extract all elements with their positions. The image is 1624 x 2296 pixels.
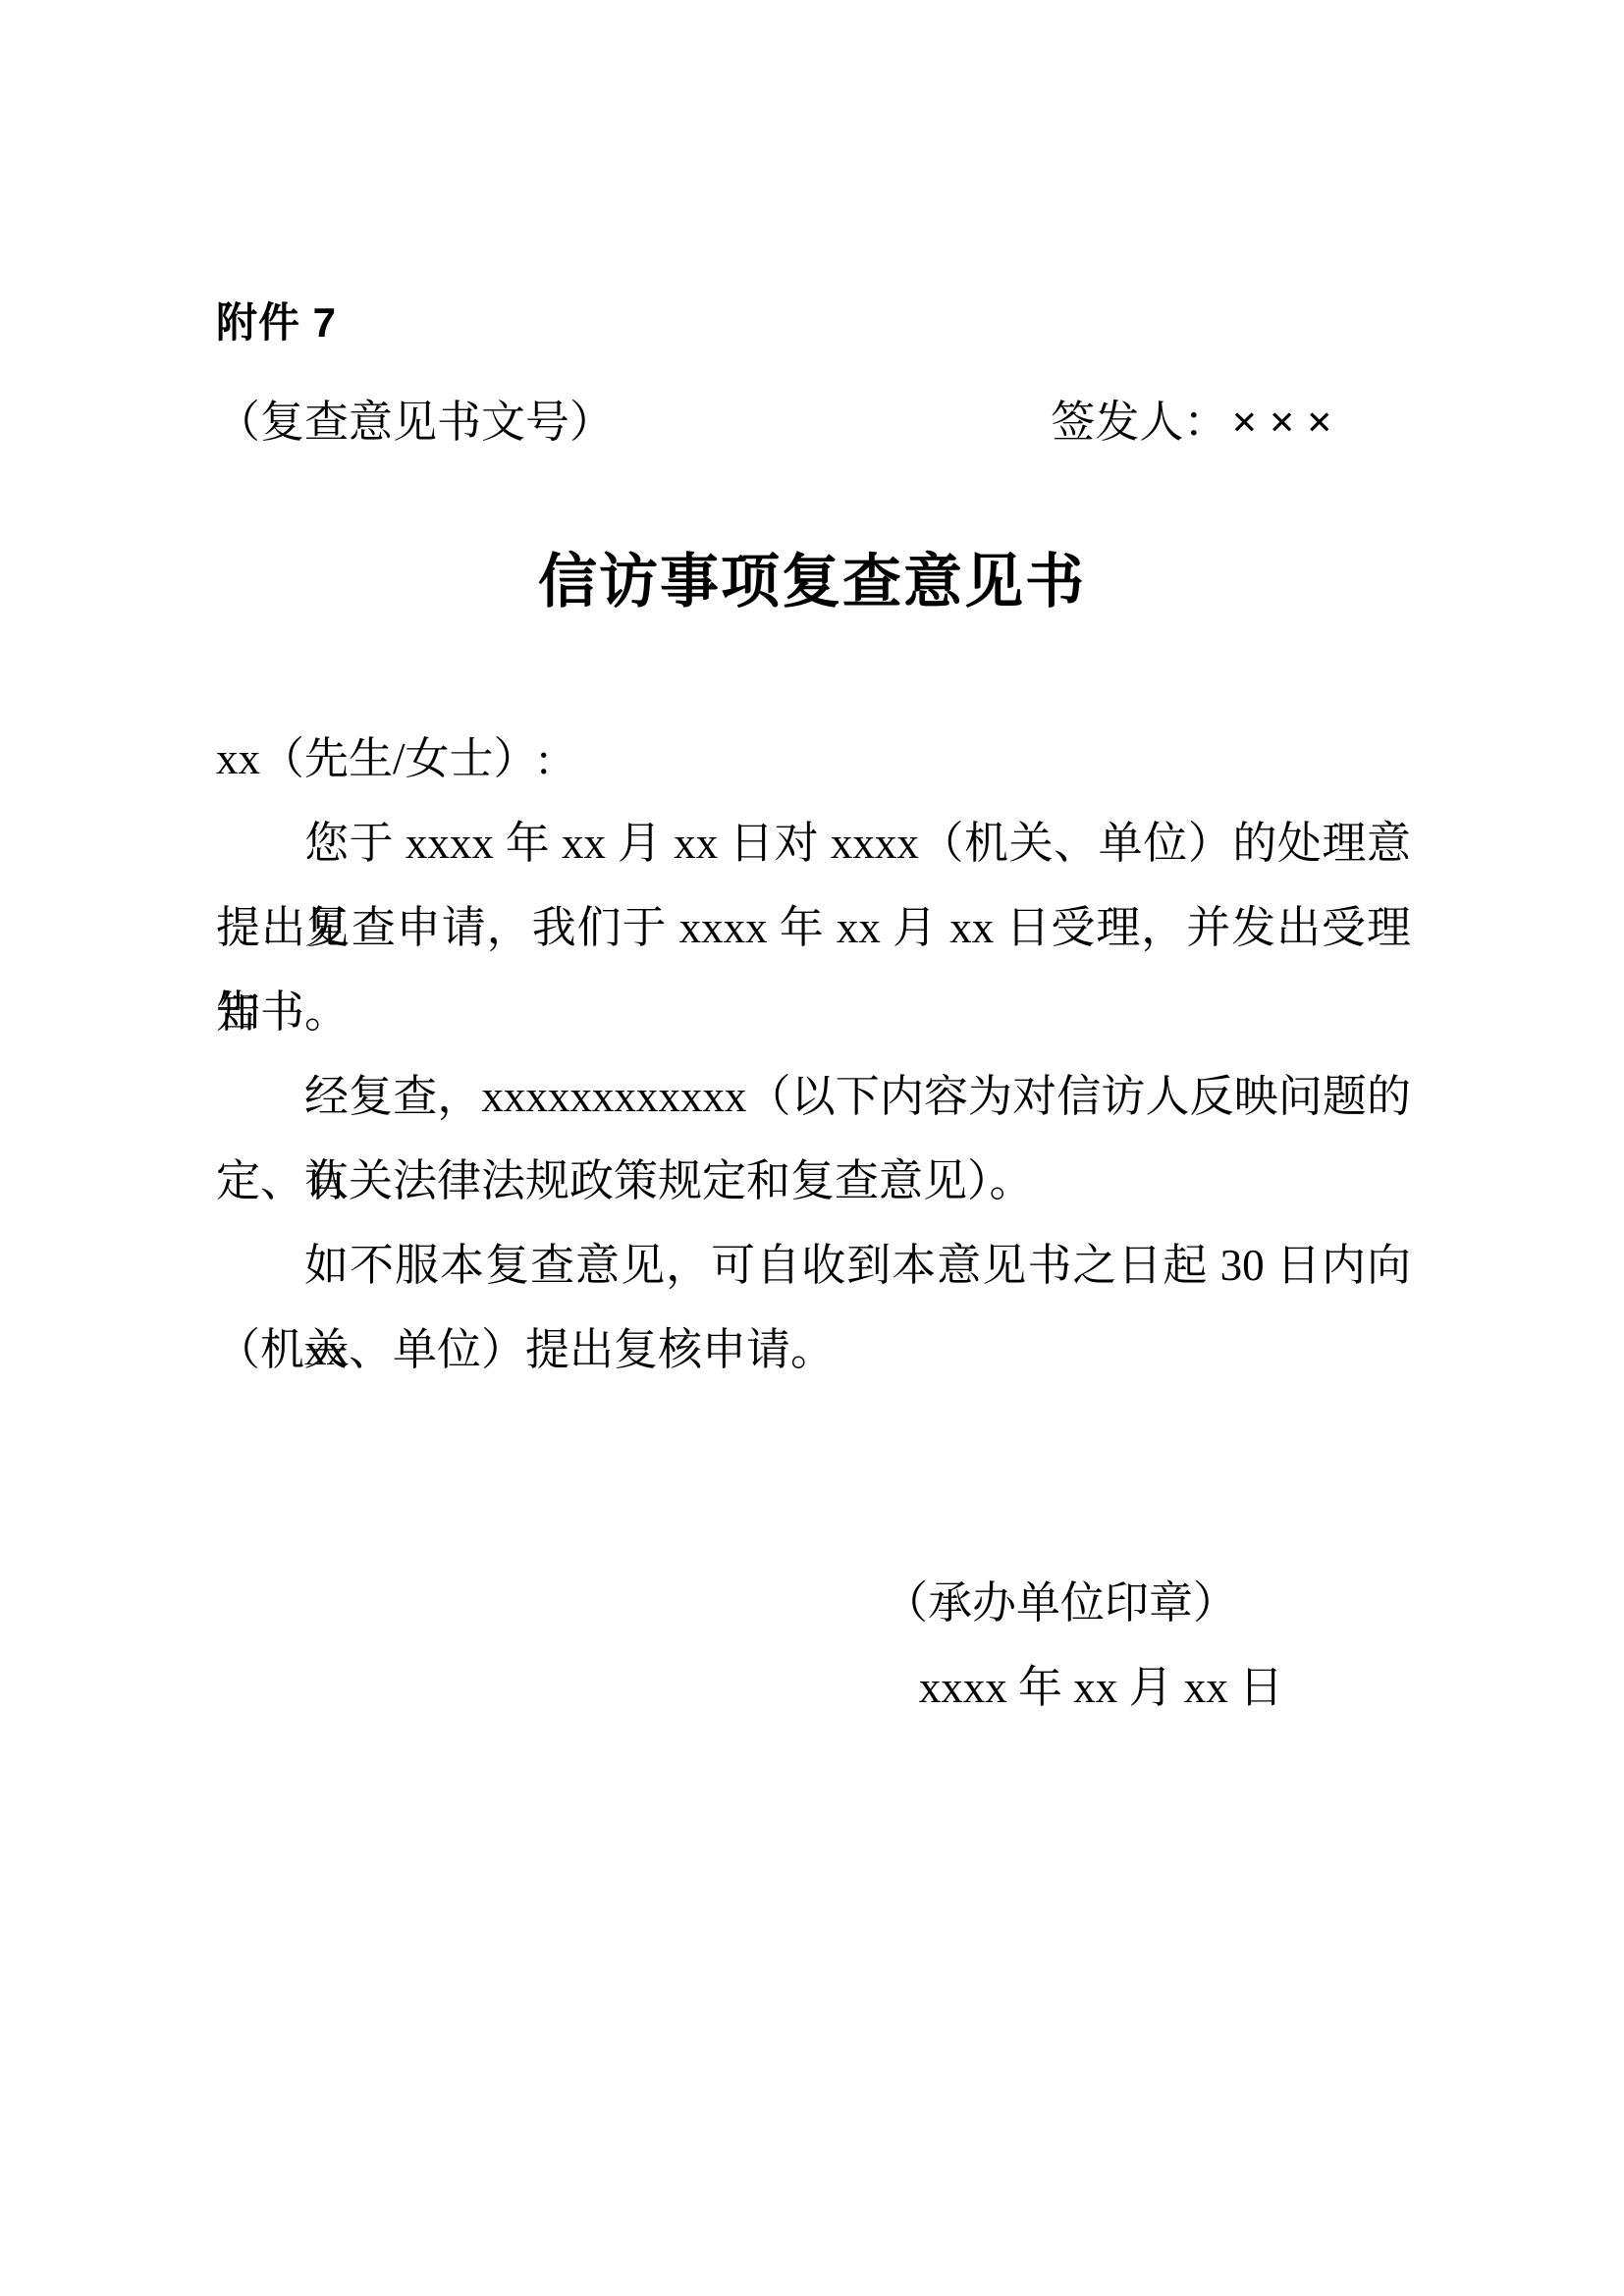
attachment-label: 附件 7	[216, 300, 337, 346]
body-line: 经复查，xxxxxxxxxxxx（以下内容为对信访人反映问题的认	[216, 1054, 1411, 1139]
issuer-value: ×××	[1231, 397, 1344, 447]
doc-number-row: （复查意见书文号） 签发人：×××	[216, 395, 1411, 449]
body-line: 如不服本复查意见，可自收到本意见书之日起 30 日内向 xx	[216, 1223, 1411, 1308]
body-line: 提出复查申请，我们于 xxxx 年 xx 月 xx 日受理，并发出受理告	[216, 885, 1411, 970]
body-line: 知书。	[216, 970, 1411, 1054]
issuer: 签发人：×××	[1051, 395, 1411, 449]
doc-number-placeholder: （复查意见书文号）	[216, 396, 614, 449]
date-line: xxxx 年 xx 月 xx 日	[919, 1645, 1283, 1730]
body-line: 定、有关法律法规政策规定和复查意见）。	[216, 1139, 1411, 1223]
body-line: 您于 xxxx 年 xx 月 xx 日对 xxxx（机关、单位）的处理意见	[216, 801, 1411, 885]
page: 附件 7 （复查意见书文号） 签发人：××× 信访事项复查意见书 xx（先生/女…	[0, 0, 1624, 2296]
issuer-label: 签发人：	[1051, 398, 1227, 447]
body-line: （机关、单位）提出复核申请。	[216, 1308, 1411, 1392]
seal-line: （承办单位印章）	[884, 1561, 1237, 1645]
salutation: xx（先生/女士）:	[216, 717, 1411, 801]
document-body: xx（先生/女士）: 您于 xxxx 年 xx 月 xx 日对 xxxx（机关、…	[216, 717, 1411, 1392]
document-title: 信访事项复查意见书	[0, 550, 1624, 614]
